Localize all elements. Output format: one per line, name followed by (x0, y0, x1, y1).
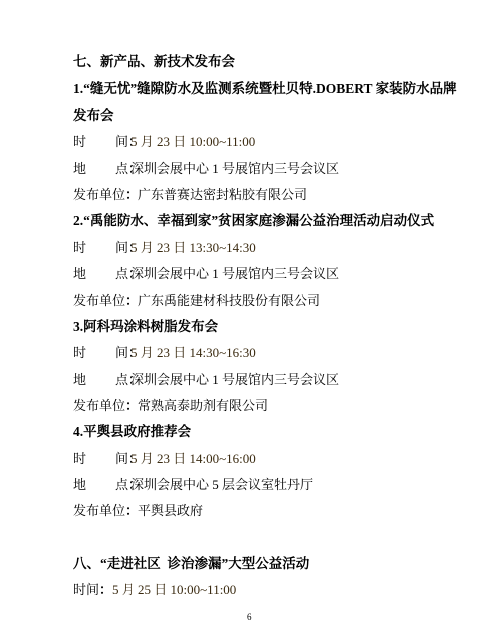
org-value: 广东禹能建材科技股份有限公司 (138, 293, 320, 308)
colon: ： (125, 503, 138, 518)
org-value: 常熟高泰助剂有限公司 (138, 398, 268, 413)
colon: ： (99, 582, 112, 597)
event-2-time-row: 时间：5 月 23 日 13:30~14:30 (73, 239, 256, 257)
event-1-title-line2: 发布会 (73, 107, 114, 125)
place-label: 地点： (73, 371, 131, 389)
event-1-time-row: 时间：5 月 23 日 10:00~11:00 (73, 133, 255, 151)
place-value: 深圳会展中心 5 层会议室牡丹厅 (131, 477, 313, 492)
time-label: 时间： (73, 239, 131, 257)
section-8-heading: 八、“走进社区 诊治渗漏”大型公益活动 (73, 555, 309, 573)
event-2-title: 2.“禹能防水、幸福到家”贫困家庭渗漏公益治理活动启动仪式 (73, 212, 434, 230)
colon: ： (125, 293, 138, 308)
event-1-place-row: 地点：深圳会展中心 1 号展馆内三号会议区 (73, 160, 339, 178)
place-label: 地点： (73, 160, 131, 178)
event-2-place-row: 地点：深圳会展中心 1 号展馆内三号会议区 (73, 265, 339, 283)
place-value: 深圳会展中心 1 号展馆内三号会议区 (131, 266, 339, 281)
time-value: 5 月 25 日 10:00~11:00 (112, 582, 236, 597)
page-number: 6 (247, 612, 252, 622)
time-value: 5 月 23 日 14:30~16:30 (131, 345, 256, 360)
section-7-heading: 七、新产品、新技术发布会 (73, 53, 235, 71)
event-3-place-row: 地点：深圳会展中心 1 号展馆内三号会议区 (73, 371, 339, 389)
place-label: 地点： (73, 265, 131, 283)
place-value: 深圳会展中心 1 号展馆内三号会议区 (131, 161, 339, 176)
time-label: 时间： (73, 450, 131, 468)
section-8-time-row: 时间：5 月 25 日 10:00~11:00 (73, 581, 236, 599)
org-label: 发布单位 (73, 187, 125, 202)
document-page: 七、新产品、新技术发布会 1.“缝无忧”缝隙防水及监测系统暨杜贝特.DOBERT… (0, 0, 498, 634)
place-label: 地点： (73, 476, 131, 494)
time-label: 时间： (73, 133, 131, 151)
colon: ： (125, 398, 138, 413)
event-3-time-row: 时间：5 月 23 日 14:30~16:30 (73, 344, 256, 362)
org-label: 发布单位 (73, 398, 125, 413)
event-4-place-row: 地点：深圳会展中心 5 层会议室牡丹厅 (73, 476, 313, 494)
org-value: 广东普赛达密封粘胶有限公司 (138, 187, 307, 202)
time-label: 时间 (73, 582, 99, 597)
org-label: 发布单位 (73, 293, 125, 308)
event-4-time-row: 时间：5 月 23 日 14:00~16:00 (73, 450, 256, 468)
event-4-title: 4.平舆县政府推荐会 (73, 423, 191, 441)
event-3-title: 3.阿科玛涂料树脂发布会 (73, 318, 218, 336)
org-value: 平舆县政府 (138, 503, 203, 518)
event-2-org-row: 发布单位：广东禹能建材科技股份有限公司 (73, 292, 320, 310)
place-value: 深圳会展中心 1 号展馆内三号会议区 (131, 372, 339, 387)
event-4-org-row: 发布单位：平舆县政府 (73, 502, 203, 520)
event-3-org-row: 发布单位：常熟高泰助剂有限公司 (73, 397, 268, 415)
time-value: 5 月 23 日 14:00~16:00 (131, 451, 256, 466)
time-label: 时间： (73, 344, 131, 362)
org-label: 发布单位 (73, 503, 125, 518)
time-value: 5 月 23 日 13:30~14:30 (131, 240, 256, 255)
colon: ： (125, 187, 138, 202)
event-1-title-line1: 1.“缝无忧”缝隙防水及监测系统暨杜贝特.DOBERT 家装防水品牌 (73, 80, 457, 98)
time-value: 5 月 23 日 10:00~11:00 (131, 134, 255, 149)
event-1-org-row: 发布单位：广东普赛达密封粘胶有限公司 (73, 186, 307, 204)
